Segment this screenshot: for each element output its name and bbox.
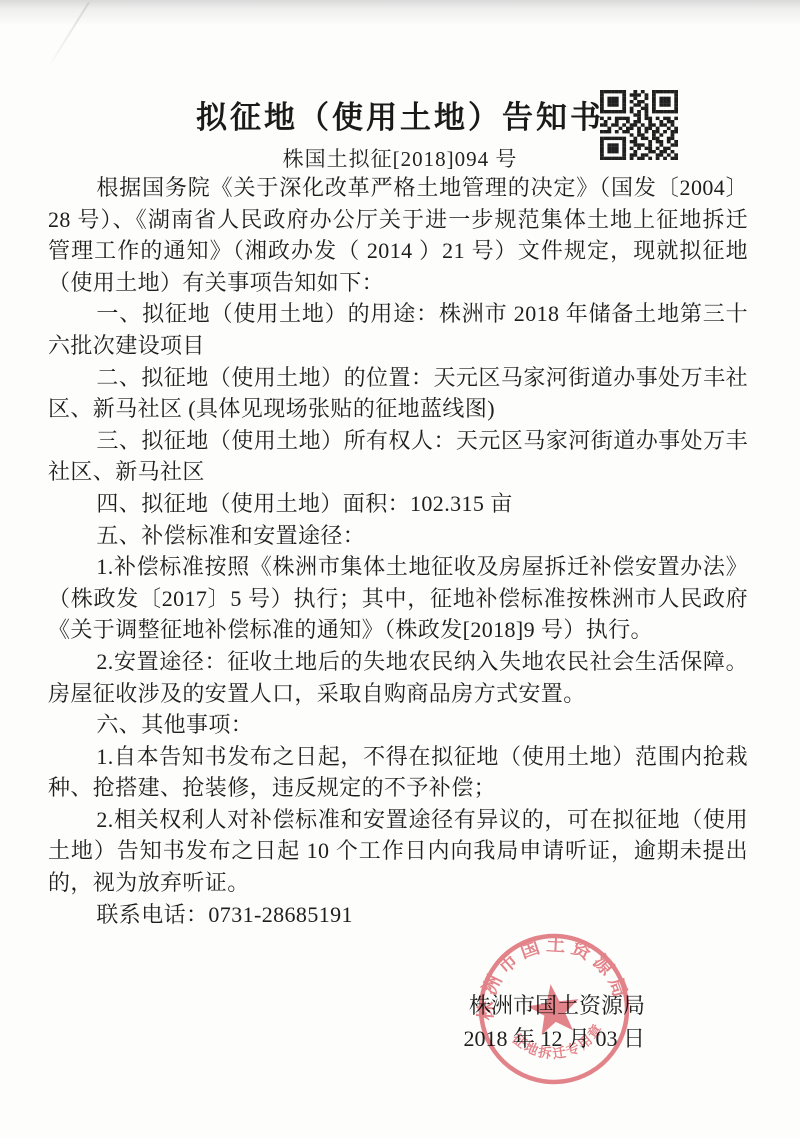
- body-paragraph: 一、拟征地（使用土地）的用途：株洲市 2018 年储备土地第三十六批次建设项目: [48, 298, 748, 361]
- scan-shadow: [0, 0, 800, 26]
- qr-code-icon: [600, 90, 678, 160]
- body-paragraph: 2.安置途径：征收土地后的失地农民纳入失地农民社会生活保障。房屋征收涉及的安置人…: [48, 646, 748, 709]
- body-paragraph: 二、拟征地（使用土地）的位置：天元区马家河街道办事处万丰社区、新马社区 (具体见…: [48, 362, 748, 425]
- document-title: 拟征地（使用土地）告知书: [0, 92, 800, 137]
- body-paragraph: 四、拟征地（使用土地）面积：102.315 亩: [48, 488, 748, 520]
- document-number: 株国土拟征[2018]094 号: [0, 143, 800, 173]
- body-paragraph: 1.自本告知书发布之日起，不得在拟征地（使用土地）范围内抢栽种、抢搭建、抢装修，…: [48, 741, 748, 804]
- body-paragraph: 根据国务院《关于深化改革严格土地管理的决定》（国发〔2004〕28 号）、《湖南…: [48, 172, 748, 298]
- body-paragraph: 1.补偿标准按照《株洲市集体土地征收及房屋拆迁补偿安置办法》（株政发〔2017〕…: [48, 551, 748, 646]
- scanned-document-page: 拟征地（使用土地）告知书 株国土拟征[2018]094 号 根据国务院《关于深化…: [0, 0, 800, 1138]
- body-paragraph: 六、其他事项：: [48, 709, 748, 741]
- body-paragraph: 联系电话：0731-28685191: [48, 899, 748, 931]
- document-body: 根据国务院《关于深化改革严格土地管理的决定》（国发〔2004〕28 号）、《湖南…: [48, 172, 748, 930]
- signature-agency: 株洲市国土资源局: [0, 989, 645, 1022]
- scan-crease: [47, 2, 90, 69]
- signature-date: 2018 年 12 月 03 日: [0, 1022, 645, 1055]
- body-paragraph: 五、补偿标准和安置途径：: [48, 520, 748, 552]
- body-paragraph: 三、拟征地（使用土地）所有权人：天元区马家河街道办事处万丰社区、新马社区: [48, 425, 748, 488]
- body-paragraph: 2.相关权利人对补偿标准和安置途径有异议的，可在拟征地（使用土地）告知书发布之日…: [48, 804, 748, 899]
- signature-block: 株洲市国土资源局 2018 年 12 月 03 日: [0, 989, 645, 1055]
